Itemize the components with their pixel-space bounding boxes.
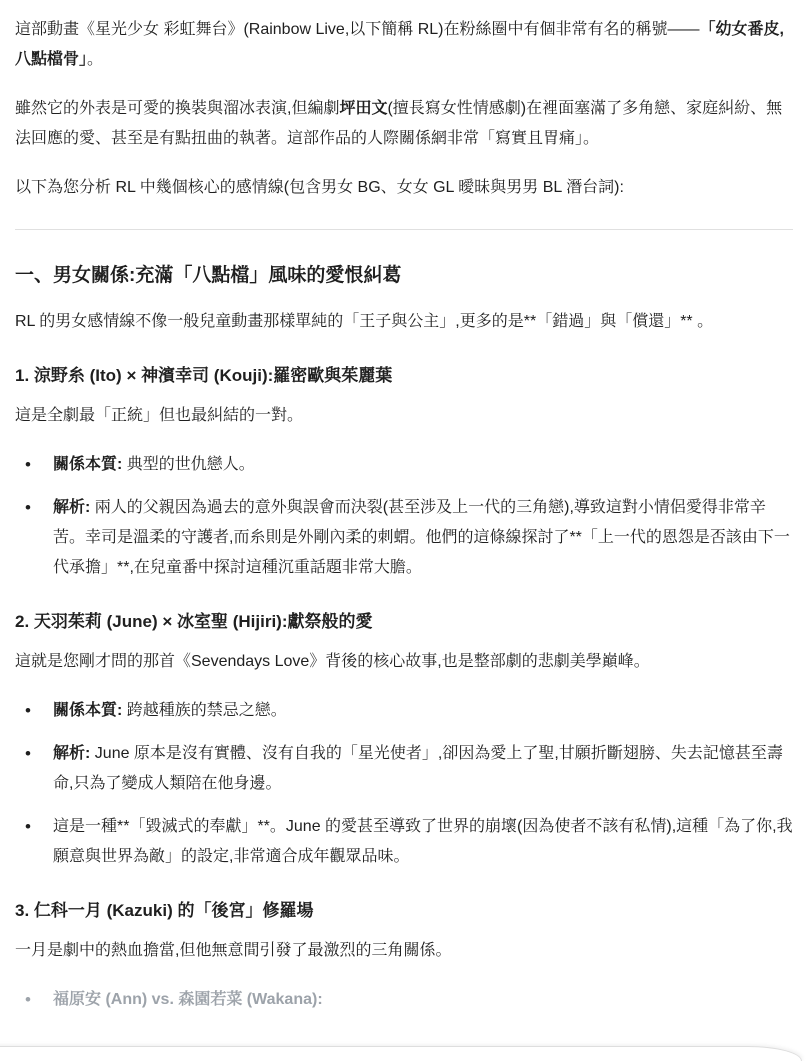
intro-paragraph: 這部動畫《星光少女 彩虹舞台》(Rainbow Live,以下簡稱 RL)在粉絲… [15,15,793,75]
bullet-label: 福原安 (Ann) vs. 森園若菜 (Wakana): [53,991,323,1008]
list-item: 解析: 兩人的父親因為過去的意外與誤會而決裂(甚至涉及上一代的三角戀),導致這對… [15,493,793,583]
chat-input-container-top-edge[interactable] [0,1046,802,1061]
bullet-label: 解析: [53,745,90,762]
bullet-label: 關係本質: [53,456,122,473]
pair1-lead-paragraph: 這是全劇最「正統」但也最糾結的一對。 [15,401,793,431]
pair1-heading: 1. 涼野糸 (Ito) × 神濱幸司 (Kouji):羅密歐與茱麗葉 [15,363,793,388]
pair2-bullet-list: 關係本質: 跨越種族的禁忌之戀。 解析: June 原本是沒有實體、沒有自我的「… [15,696,793,872]
bullet-label: 關係本質: [53,702,122,719]
premise-text-1: 雖然它的外表是可愛的換裝與溜冰表演,但編劇 [15,100,339,117]
writer-name-bold: 坪田文 [339,100,387,117]
premise-paragraph: 雖然它的外表是可愛的換裝與溜冰表演,但編劇坪田文(擅長寫女性情感劇)在裡面塞滿了… [15,94,793,154]
bullet-text: 跨越種族的禁忌之戀。 [122,702,286,719]
bullet-text: 兩人的父親因為過去的意外與誤會而決裂(甚至涉及上一代的三角戀),導致這對小情侶愛… [53,499,790,576]
list-item: 這是一種**「毀滅式的奉獻」**。June 的愛甚至導致了世界的崩壞(因為使者不… [15,812,793,872]
list-item-streaming: 福原安 (Ann) vs. 森園若菜 (Wakana): [15,985,793,1015]
pair3-bullet-list: 福原安 (Ann) vs. 森園若菜 (Wakana): [15,985,793,1015]
response-body: 這部動畫《星光少女 彩虹舞台》(Rainbow Live,以下簡稱 RL)在粉絲… [0,0,808,1015]
list-item: 關係本質: 典型的世仇戀人。 [15,450,793,480]
bullet-text: 典型的世仇戀人。 [122,456,254,473]
intro-period: 。 [87,51,103,68]
pair2-heading: 2. 天羽茱莉 (June) × 冰室聖 (Hijiri):獻祭般的愛 [15,609,793,634]
bullet-label: 解析: [53,499,90,516]
pair3-lead-paragraph: 一月是劇中的熱血擔當,但他無意間引發了最激烈的三角關係。 [15,936,793,966]
section-lead-paragraph: RL 的男女感情線不像一般兒童動畫那樣單純的「王子與公主」,更多的是**「錯過」… [15,307,793,337]
list-item: 關係本質: 跨越種族的禁忌之戀。 [15,696,793,726]
pair3-heading: 3. 仁科一月 (Kazuki) 的「後宮」修羅場 [15,898,793,923]
pair1-bullet-list: 關係本質: 典型的世仇戀人。 解析: 兩人的父親因為過去的意外與誤會而決裂(甚至… [15,450,793,583]
section-divider [15,229,793,230]
pair2-lead-paragraph: 這就是您剛才問的那首《Sevendays Love》背後的核心故事,也是整部劇的… [15,647,793,677]
list-item: 解析: June 原本是沒有實體、沒有自我的「星光使者」,卻因為愛上了聖,甘願折… [15,739,793,799]
section-heading: 一、男女關係:充滿「八點檔」風味的愛恨糾葛 [15,263,793,289]
bullet-text: 這是一種**「毀滅式的奉獻」**。June 的愛甚至導致了世界的崩壞(因為使者不… [53,818,793,865]
bullet-text: June 原本是沒有實體、沒有自我的「星光使者」,卻因為愛上了聖,甘願折斷翅膀、… [53,745,783,792]
intro-text: 這部動畫《星光少女 彩虹舞台》(Rainbow Live,以下簡稱 RL)在粉絲… [15,21,700,38]
analysis-intro-paragraph: 以下為您分析 RL 中幾個核心的感情線(包含男女 BG、女女 GL 曖昧與男男 … [15,173,793,203]
